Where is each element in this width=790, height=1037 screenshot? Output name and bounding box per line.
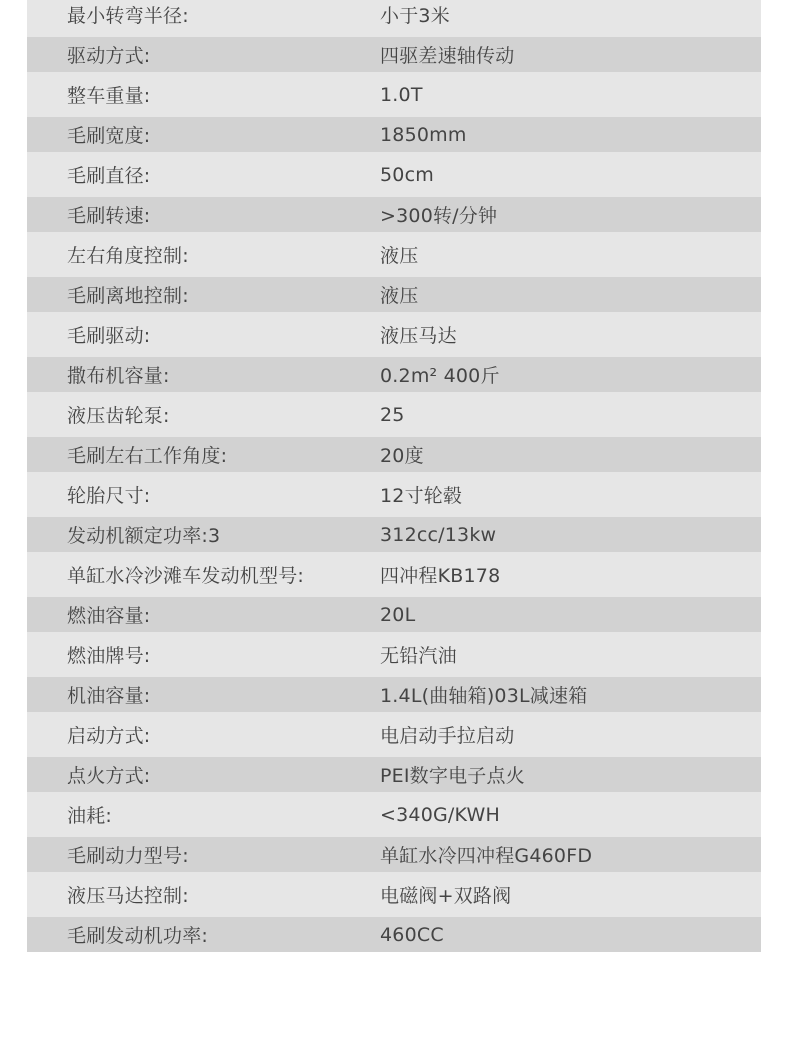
table-row: 毛刷动力型号:单缸水冷四冲程G460FD bbox=[27, 837, 761, 872]
spec-label: 点火方式: bbox=[67, 761, 150, 788]
spec-label: 毛刷驱动: bbox=[67, 321, 150, 348]
spec-label: 毛刷左右工作角度: bbox=[67, 441, 227, 468]
spec-label: 燃油容量: bbox=[67, 601, 150, 628]
spec-value: 单缸水冷四冲程G460FD bbox=[380, 841, 592, 868]
spec-value: <340G/KWH bbox=[380, 804, 500, 826]
spec-value: 电启动手拉启动 bbox=[380, 721, 514, 748]
spec-value: 液压马达 bbox=[380, 321, 457, 348]
spec-value: PEI数字电子点火 bbox=[380, 761, 525, 788]
spec-value: 1.4L(曲轴箱)03L减速箱 bbox=[380, 681, 587, 708]
spec-label: 撒布机容量: bbox=[67, 361, 170, 388]
spec-value: 四冲程KB178 bbox=[380, 561, 500, 588]
spec-label: 液压齿轮泵: bbox=[67, 401, 170, 428]
spec-label: 发动机额定功率:3 bbox=[67, 521, 220, 548]
spec-label: 毛刷直径: bbox=[67, 161, 150, 188]
spec-value: 小于3米 bbox=[380, 1, 450, 28]
spec-value: 312cc/13kw bbox=[380, 524, 496, 546]
table-row: 油耗:<340G/KWH bbox=[27, 792, 761, 837]
spec-label: 毛刷动力型号: bbox=[67, 841, 189, 868]
table-row: 毛刷转速:>300转/分钟 bbox=[27, 197, 761, 232]
table-row: 毛刷发动机功率:460CC bbox=[27, 917, 761, 952]
spec-label: 驱动方式: bbox=[67, 41, 150, 68]
spec-value: 50cm bbox=[380, 164, 434, 186]
spec-label: 油耗: bbox=[67, 801, 112, 828]
spec-value: 12寸轮毂 bbox=[380, 481, 462, 508]
spec-label: 整车重量: bbox=[67, 81, 150, 108]
spec-value: 0.2m² 400斤 bbox=[380, 361, 500, 388]
table-row: 启动方式:电启动手拉启动 bbox=[27, 712, 761, 757]
spec-label: 毛刷发动机功率: bbox=[67, 921, 208, 948]
table-row: 液压齿轮泵:25 bbox=[27, 392, 761, 437]
spec-value: 液压 bbox=[380, 241, 418, 268]
spec-label: 毛刷离地控制: bbox=[67, 281, 189, 308]
table-row: 毛刷左右工作角度:20度 bbox=[27, 437, 761, 472]
table-row: 液压马达控制:电磁阀+双路阀 bbox=[27, 872, 761, 917]
spec-label: 启动方式: bbox=[67, 721, 150, 748]
table-row: 毛刷离地控制:液压 bbox=[27, 277, 761, 312]
spec-value: 20度 bbox=[380, 441, 424, 468]
spec-label: 液压马达控制: bbox=[67, 881, 189, 908]
table-row: 撒布机容量:0.2m² 400斤 bbox=[27, 357, 761, 392]
spec-value: 460CC bbox=[380, 924, 444, 946]
spec-value: 四驱差速轴传动 bbox=[380, 41, 514, 68]
spec-value: 1850mm bbox=[380, 124, 467, 146]
spec-label: 燃油牌号: bbox=[67, 641, 150, 668]
spec-label: 轮胎尺寸: bbox=[67, 481, 150, 508]
spec-value: 无铅汽油 bbox=[380, 641, 457, 668]
spec-label: 单缸水冷沙滩车发动机型号: bbox=[67, 561, 304, 588]
spec-value: 液压 bbox=[380, 281, 418, 308]
spec-label: 左右角度控制: bbox=[67, 241, 189, 268]
spec-value: >300转/分钟 bbox=[380, 201, 497, 228]
spec-label: 机油容量: bbox=[67, 681, 150, 708]
table-row: 发动机额定功率:3312cc/13kw bbox=[27, 517, 761, 552]
spec-table: 最小转弯半径:小于3米 驱动方式:四驱差速轴传动 整车重量:1.0T 毛刷宽度:… bbox=[27, 0, 761, 952]
spec-label: 毛刷转速: bbox=[67, 201, 150, 228]
table-row: 毛刷驱动:液压马达 bbox=[27, 312, 761, 357]
spec-label: 最小转弯半径: bbox=[67, 1, 189, 28]
spec-value: 25 bbox=[380, 404, 405, 426]
spec-label: 毛刷宽度: bbox=[67, 121, 150, 148]
table-row: 轮胎尺寸:12寸轮毂 bbox=[27, 472, 761, 517]
table-row: 毛刷直径:50cm bbox=[27, 152, 761, 197]
table-row: 燃油牌号:无铅汽油 bbox=[27, 632, 761, 677]
table-row: 左右角度控制:液压 bbox=[27, 232, 761, 277]
table-row: 毛刷宽度:1850mm bbox=[27, 117, 761, 152]
table-row: 最小转弯半径:小于3米 bbox=[27, 0, 761, 37]
table-row: 单缸水冷沙滩车发动机型号:四冲程KB178 bbox=[27, 552, 761, 597]
table-row: 点火方式:PEI数字电子点火 bbox=[27, 757, 761, 792]
spec-value: 1.0T bbox=[380, 84, 423, 106]
table-row: 燃油容量:20L bbox=[27, 597, 761, 632]
spec-value: 电磁阀+双路阀 bbox=[380, 881, 511, 908]
spec-value: 20L bbox=[380, 604, 415, 626]
table-row: 驱动方式:四驱差速轴传动 bbox=[27, 37, 761, 72]
table-row: 整车重量:1.0T bbox=[27, 72, 761, 117]
table-row: 机油容量:1.4L(曲轴箱)03L减速箱 bbox=[27, 677, 761, 712]
